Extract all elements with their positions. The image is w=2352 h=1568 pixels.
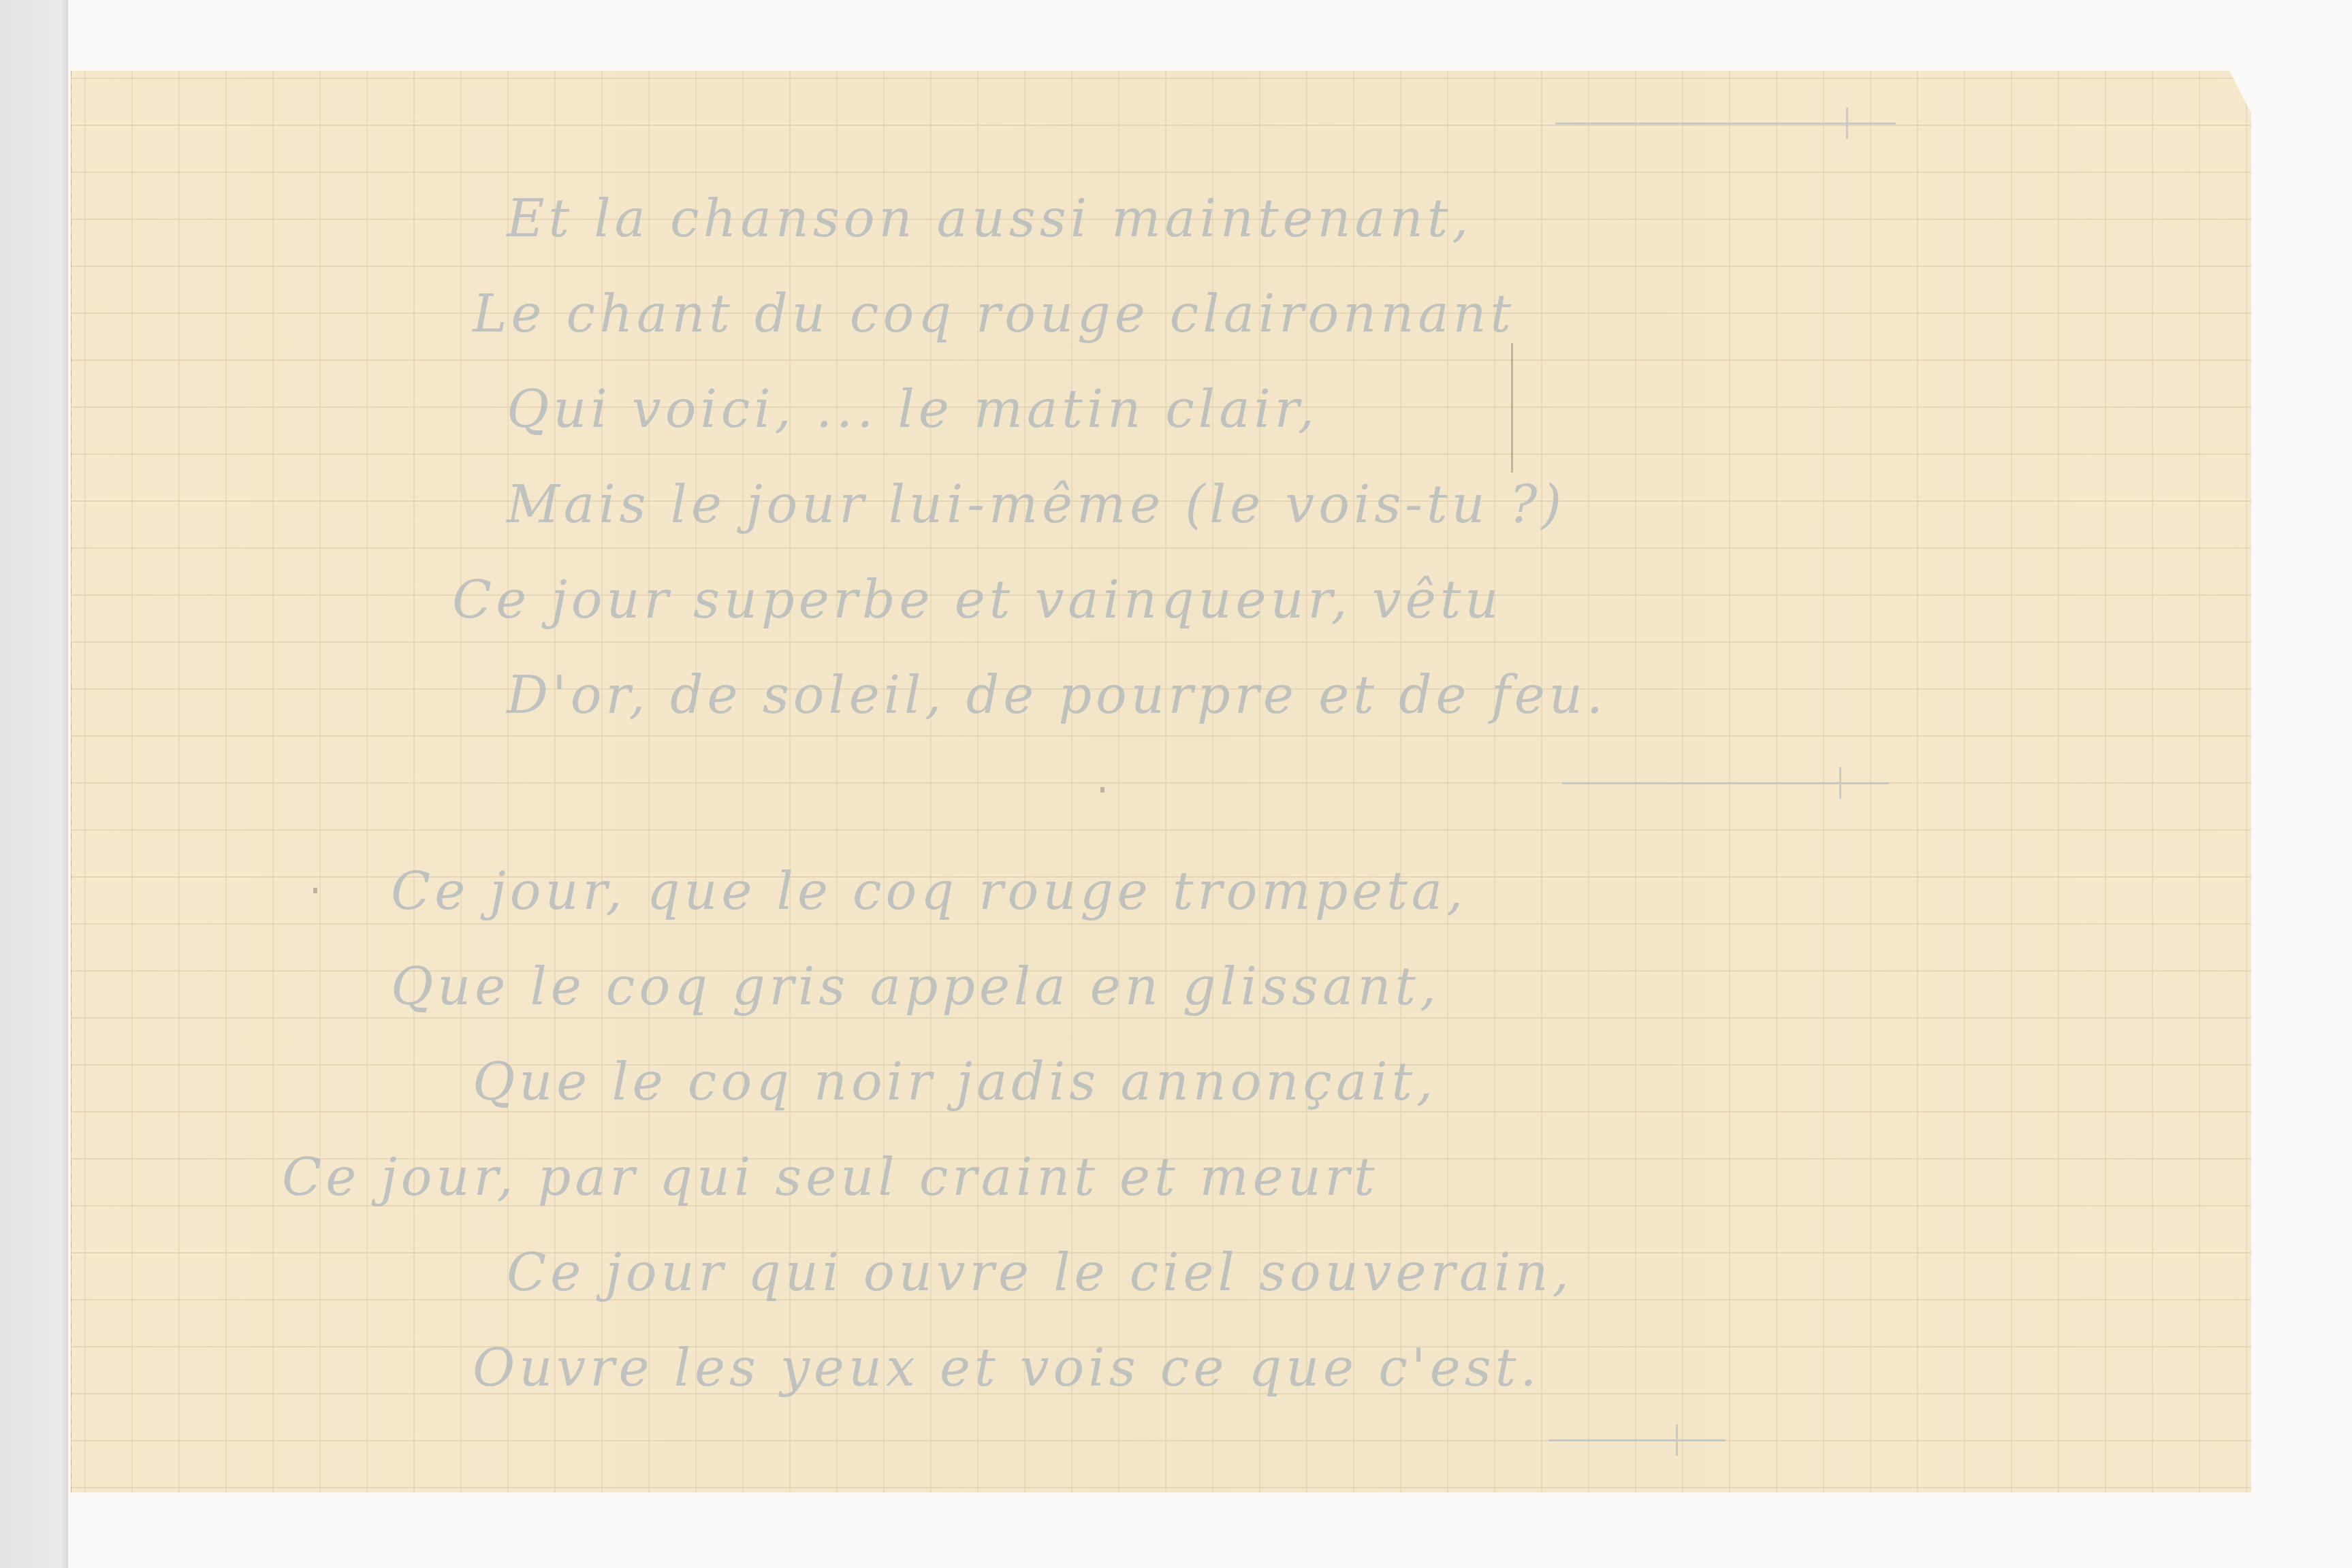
manuscript-sheet: Et la chanson aussi maintenant, Le chant… — [71, 71, 2251, 1492]
stanza-1-line-3: Qui voici, ... le matin clair, — [507, 379, 1318, 439]
poem: Et la chanson aussi maintenant, Le chant… — [71, 71, 2251, 1492]
stanza-2-line-1: Ce jour, que le coq rouge trompeta, — [391, 861, 1467, 921]
stanza-2-line-4: Ce jour, par qui seul craint et meurt — [282, 1147, 1378, 1207]
pencil-mark — [1511, 343, 1513, 473]
stanza-2-line-3: Que le coq noir jadis annonçait, — [473, 1051, 1437, 1112]
scanner-background-strip — [0, 0, 68, 1568]
stanza-2-line-5: Ce jour qui ouvre le ciel souverain, — [507, 1242, 1573, 1302]
ink-speck — [1100, 787, 1105, 793]
stanza-1-line-4: Mais le jour lui-même (le vois-tu ?) — [507, 474, 1566, 534]
stanza-dash — [1562, 782, 1889, 784]
stanza-2-line-6: Ouvre les yeux et vois ce que c'est. — [473, 1337, 1540, 1398]
stanza-1-line-1: Et la chanson aussi maintenant, — [507, 188, 1472, 249]
stanza-2-line-2: Que le coq gris appela en glissant, — [391, 956, 1440, 1017]
bottom-dash — [1548, 1439, 1726, 1441]
stanza-1-line-6: D'or, de soleil, de pourpre et de feu. — [507, 665, 1607, 725]
ink-speck — [313, 888, 317, 893]
stanza-1-line-5: Ce jour superbe et vainqueur, vêtu — [452, 569, 1502, 630]
stanza-1-line-2: Le chant du coq rouge claironnant — [473, 283, 1515, 344]
top-dash — [1555, 123, 1896, 125]
